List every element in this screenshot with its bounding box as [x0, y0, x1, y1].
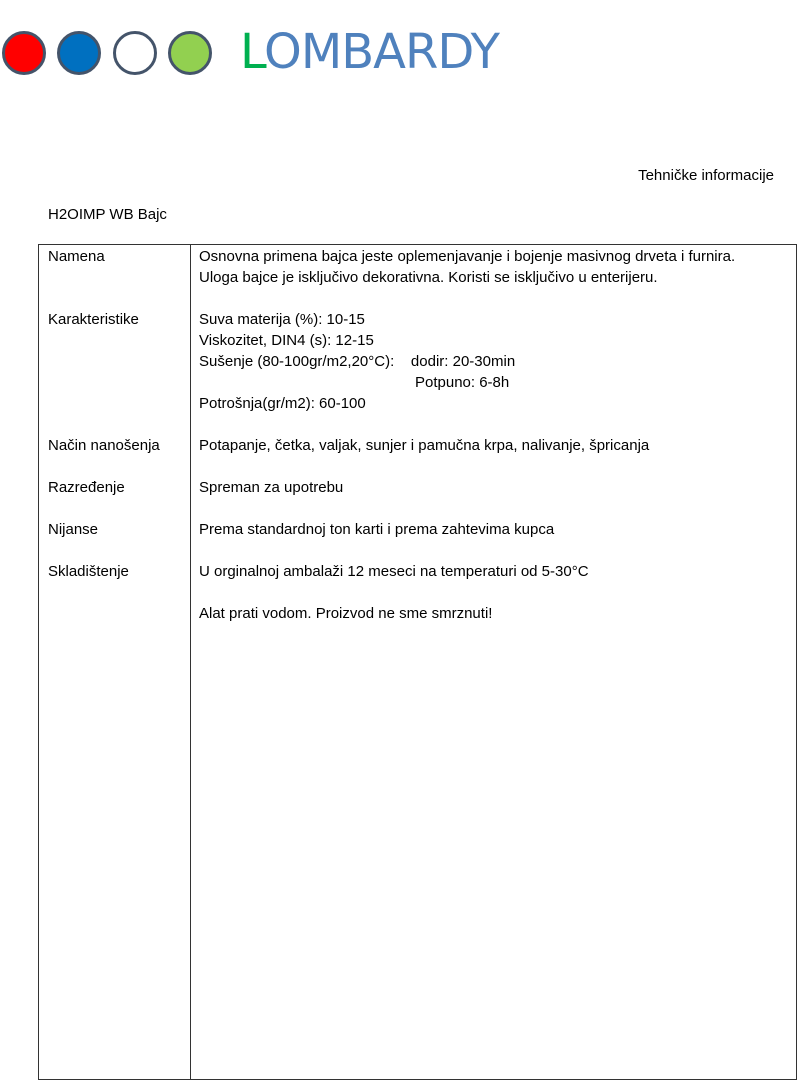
- row-value-razredjenje: Spreman za upotrebu: [199, 477, 343, 498]
- row-label-razredjenje: Razređenje: [48, 477, 125, 498]
- product-name: H2OIMP WB Bajc: [48, 206, 167, 223]
- green-circle-icon: [168, 31, 212, 75]
- info-table: Namena Osnovna primena bajca jeste oplem…: [38, 244, 797, 1080]
- blue-circle-icon: [57, 31, 101, 75]
- column-divider: [190, 245, 191, 1079]
- row-value-namena-1: Osnovna primena bajca jeste oplemenjavan…: [199, 246, 735, 267]
- row-value-karakteristike-5: Potrošnja(gr/m2): 60-100: [199, 393, 366, 414]
- brand-rest: OMBARDY: [264, 24, 499, 80]
- row-label-namena: Namena: [48, 246, 105, 267]
- row-value-nacin-nanosenja: Potapanje, četka, valjak, sunjer i pamuč…: [199, 435, 649, 456]
- row-value-karakteristike-2: Viskozitet, DIN4 (s): 12-15: [199, 330, 374, 351]
- row-value-karakteristike-3: Sušenje (80-100gr/m2,20°C): dodir: 20-30…: [199, 351, 515, 372]
- red-circle-icon: [2, 31, 46, 75]
- row-label-nacin-nanosenja: Način nanošenja: [48, 435, 160, 456]
- document-type: Tehničke informacije: [638, 167, 774, 184]
- row-label-karakteristike: Karakteristike: [48, 309, 139, 330]
- row-value-skladistenje-1: U orginalnoj ambalaži 12 meseci na tempe…: [199, 561, 589, 582]
- row-value-skladistenje-2: Alat prati vodom. Proizvod ne sme smrznu…: [199, 603, 492, 624]
- row-value-karakteristike-4: Potpuno: 6-8h: [199, 372, 509, 393]
- row-value-namena-2: Uloga bajce je isključivo dekorativna. K…: [199, 267, 658, 288]
- row-value-karakteristike-1: Suva materija (%): 10-15: [199, 309, 365, 330]
- row-label-skladistenje: Skladištenje: [48, 561, 129, 582]
- row-label-nijanse: Nijanse: [48, 519, 98, 540]
- brand-name: LOMBARDY: [240, 24, 499, 80]
- white-circle-icon: [113, 31, 157, 75]
- brand-initial: L: [240, 24, 264, 80]
- row-value-nijanse: Prema standardnoj ton karti i prema zaht…: [199, 519, 554, 540]
